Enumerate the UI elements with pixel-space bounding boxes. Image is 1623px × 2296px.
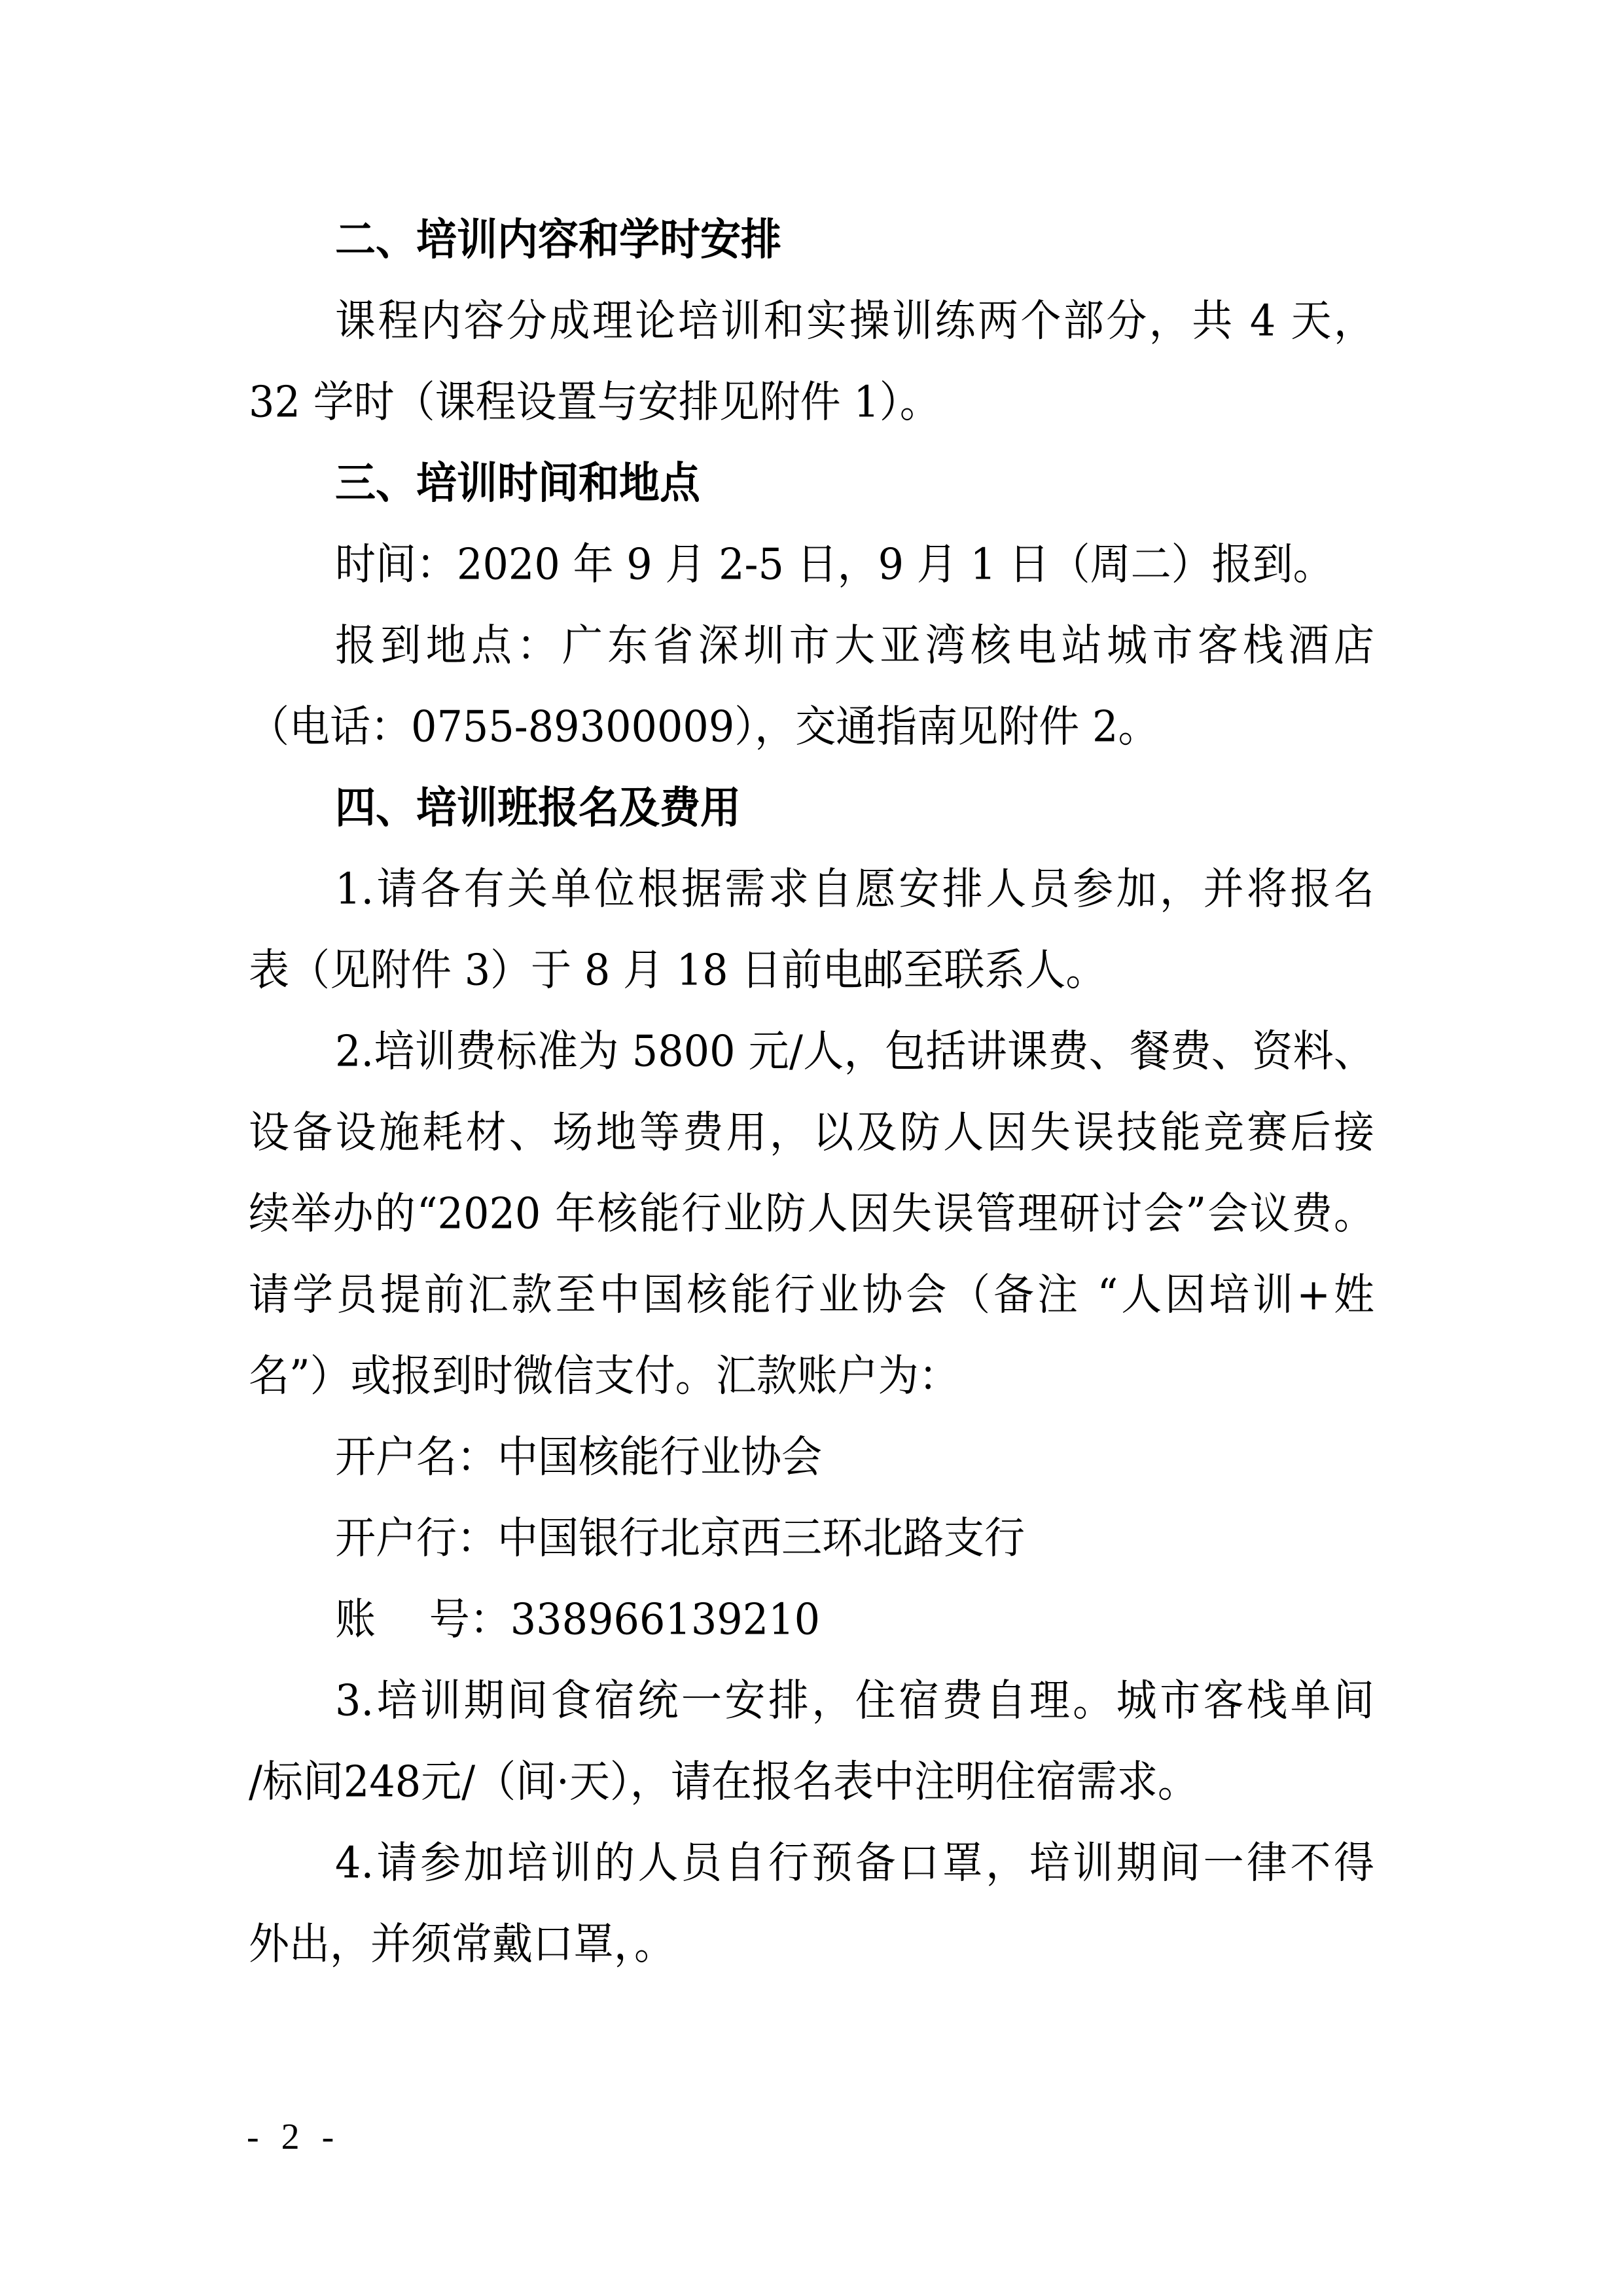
paragraph-line: 名”）或报到时微信支付。汇款账户为：: [249, 1333, 1374, 1418]
paragraph-line: 表（见附件 3）于 8 月 18 日前电邮至联系人。: [249, 927, 1374, 1013]
paragraph-line: 课程内容分成理论培训和实操训练两个部分，共 4 天，: [335, 278, 1374, 363]
section-heading-content-schedule: 二、培训内容和学时安排: [335, 196, 1374, 282]
bank-account-number-line: 账 号：338966139210: [335, 1576, 1374, 1662]
paragraph-line: 1.请各有关单位根据需求自愿安排人员参加，并将报名: [335, 846, 1374, 931]
paragraph-line: 4.请参加培训的人员自行预备口罩，培训期间一律不得: [335, 1820, 1374, 1905]
paragraph-line: 3.培训期间食宿统一安排，住宿费自理。城市客栈单间: [335, 1657, 1374, 1743]
paragraph-line: /标间248元/（间·天），请在报名表中注明住宿需求。: [249, 1738, 1374, 1824]
bank-name-line: 开户行：中国银行北京西三环北路支行: [335, 1495, 1374, 1581]
paragraph-line-location: 报到地点：广东省深圳市大亚湾核电站城市客栈酒店: [335, 602, 1374, 688]
paragraph-line: 外出，并须常戴口罩，。: [249, 1901, 1374, 1986]
paragraph-line: 设备设施耗材、场地等费用，以及防人因失误技能竞赛后接: [249, 1089, 1374, 1175]
bank-account-name-line: 开户名：中国核能行业协会: [335, 1414, 1374, 1499]
paragraph-line-time: 时间：2020 年 9 月 2-5 日，9 月 1 日（周二）报到。: [335, 521, 1374, 607]
paragraph-line: 32 学时（课程设置与安排见附件 1）。: [249, 359, 1374, 444]
paragraph-line: 2.培训费标准为 5800 元/人，包括讲课费、餐费、资料、: [335, 1008, 1374, 1094]
paragraph-line-phone: （电话：0755-89300009），交通指南见附件 2。: [249, 683, 1374, 769]
paragraph-line: 续举办的“2020 年核能行业防人因失误管理研讨会”会议费。: [249, 1170, 1374, 1256]
paragraph-line: 请学员提前汇款至中国核能行业协会（备注 “人因培训+姓: [249, 1251, 1374, 1337]
section-heading-registration-fees: 四、培训班报名及费用: [335, 764, 1374, 850]
page-number: - 2 -: [247, 2114, 340, 2160]
document-page: 二、培训内容和学时安排 课程内容分成理论培训和实操训练两个部分，共 4 天， 3…: [0, 0, 1623, 2296]
section-heading-time-location: 三、培训时间和地点: [335, 440, 1374, 526]
